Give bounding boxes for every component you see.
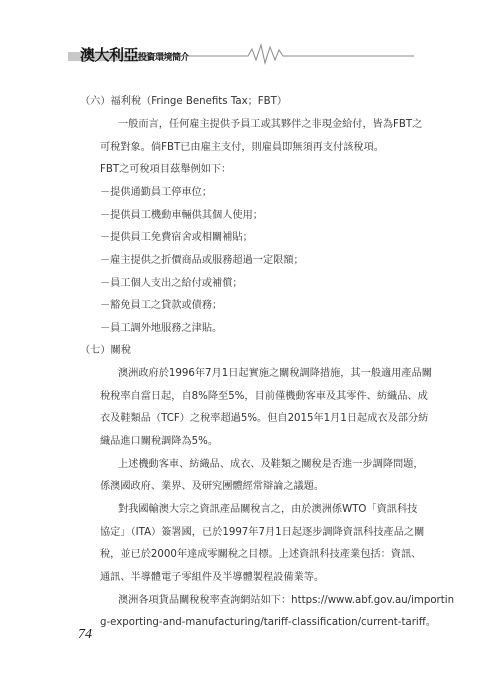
list-item: －豁免員工之貸款或債務； <box>100 295 222 318</box>
paragraph-line: 係澳國政府、業界、及研究團體經常辯論之議題。 <box>100 476 324 499</box>
paragraph-line: FBT之可稅項目茲舉例如下： <box>100 159 231 182</box>
list-item: －提供員工免費宿舍或相關補貼； <box>100 227 253 250</box>
paragraph-line: 可稅對象。倘FBT已由雇主支付，則雇員即無須再支付該稅項。 <box>100 137 384 160</box>
page-number: 74 <box>78 627 92 643</box>
paragraph-line: 澳洲各項貨品關稅稅率查詢網站如下：https://www.abf.gov.au/… <box>118 590 454 613</box>
paragraph-line: 澳洲政府於1996年7月1日起實施之關稅調降措施，其一般適用產品關 <box>118 363 432 386</box>
paragraph-line: 稅稅率自當日起，自8%降至5%，目前僅機動客車及其零件、紡織品、成 <box>100 386 428 409</box>
paragraph-line: 對我國輸澳大宗之資訊產品關稅言之，由於澳洲係WTO「資訊科技 <box>118 499 417 522</box>
list-item: －提供通勤員工停車位； <box>100 182 212 205</box>
paragraph-line: g-exporting-and-manufacturing/tariff-cla… <box>100 612 436 635</box>
list-item: －提供員工機動車輛供其個人使用； <box>100 205 263 228</box>
section-heading-fbt: （六）福利稅（Fringe Benefits Tax；FBT） <box>80 91 287 114</box>
section-heading-tariffs: （七）關稅 <box>80 340 131 363</box>
list-item: －員工個人支出之給付或補償； <box>100 273 243 296</box>
list-item: －員工調外地服務之津貼。 <box>100 318 222 341</box>
paragraph-line: 通訊、半導體電子零組件及半導體製程設備業等。 <box>100 567 324 590</box>
paragraph-line: 稅，並已於2000年達成零關稅之目標。上述資訊科技產業包括：資訊、 <box>100 544 421 567</box>
running-header: 澳大利亞投資環境簡介 <box>0 0 480 70</box>
header-zigzag-line-icon <box>0 0 480 70</box>
paragraph-line: 協定」（ITA）簽署國，已於1997年7月1日起逐步調降資訊科技產品之關 <box>100 522 424 545</box>
list-item: －雇主提供之折價商品或服務超過一定限額； <box>100 250 304 273</box>
paragraph-line: 一般而言，任何雇主提供予員工或其夥伴之非現金給付，皆為FBT之 <box>118 114 422 137</box>
paragraph-line: 上述機動客車、紡織品、成衣、及鞋類之關稅是否進一步調降問題， <box>118 454 424 477</box>
paragraph-line: 衣及鞋類品（TCF）之稅率超過5%。但自2015年1月1日起成衣及部分紡 <box>100 408 428 431</box>
paragraph-line: 織品進口關稅調降為5%。 <box>100 431 218 454</box>
